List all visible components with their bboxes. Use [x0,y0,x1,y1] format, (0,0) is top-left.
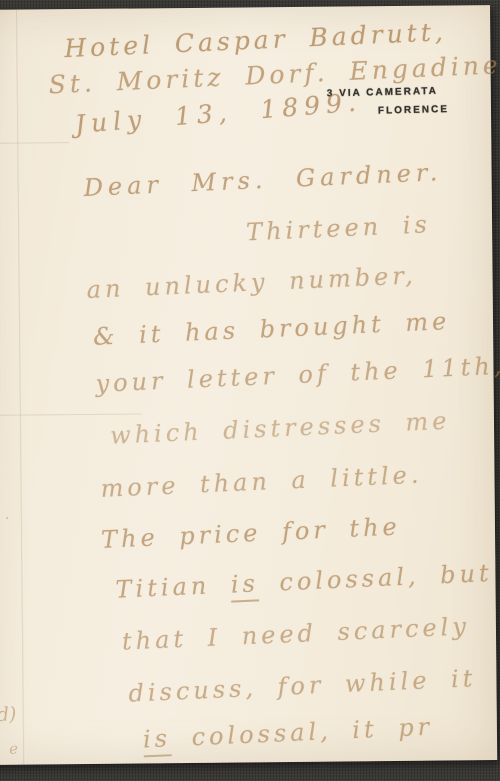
letter-body-line: your letter of the 11th, [95,353,500,398]
underlined-word: is [142,724,171,757]
letter-body-line: an unlucky number, [86,262,417,303]
letter-body-line: which distresses me [110,408,451,450]
body-text: colossal, but [258,559,493,597]
paper-fold-crease [16,10,25,765]
adjacent-page-ink-fragment: ld) [0,703,17,727]
paper-crease-horizontal [0,142,69,144]
letter-body-line: more than a little. [100,462,423,503]
letter-body-line: that I need scarcely [121,613,470,655]
letter-body-line: Thirteen is [246,211,432,246]
paper-crease-horizontal [0,413,142,416]
letter-body-line: is colossal, it pr [142,714,433,753]
adjacent-page-ink-fragment: . [4,508,9,523]
letter-page: e . ( ld) e 3 VIA CAMERATA FLORENCE Hote… [0,5,497,765]
adjacent-page-ink-fragment: e [9,739,19,758]
underlined-word: is [230,569,259,602]
letter-salutation: Dear Mrs. Gardner. [83,159,443,201]
letter-body-line: Titian is colossal, but [115,560,493,603]
adjacent-page-ink-fragment: e [0,283,1,304]
body-text: colossal, it pr [170,713,433,753]
letter-body-line: discuss, for while it [128,665,477,707]
letterpress-stamp-city: FLORENCE [378,104,449,117]
letter-body-line: The price for the [101,514,402,554]
letter-body-line: & it has brought me [93,308,451,350]
photograph-backdrop: e . ( ld) e 3 VIA CAMERATA FLORENCE Hote… [0,0,500,781]
body-text: Titian [115,571,232,604]
